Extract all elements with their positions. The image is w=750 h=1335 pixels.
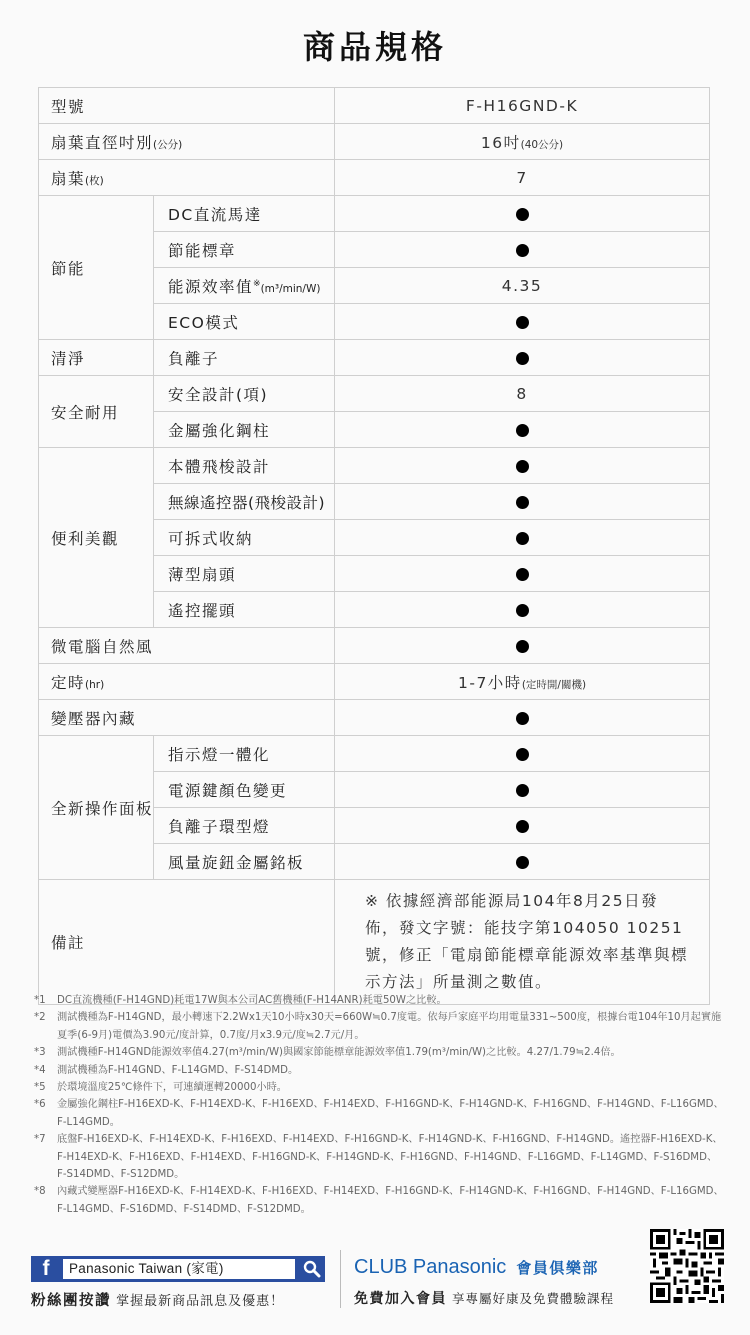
feature-dot xyxy=(335,808,710,844)
table-row: 便利美觀 本體飛梭設計 xyxy=(39,448,710,484)
footnote: *5於環境溫度25℃條件下，可連續運轉20000小時。 xyxy=(34,1079,724,1096)
dot-icon xyxy=(516,820,529,833)
feature-dot xyxy=(335,304,710,340)
row-label: 可拆式收納 xyxy=(154,520,335,556)
table-row: 扇葉(枚) 7 xyxy=(39,160,710,196)
safety-count-value: 8 xyxy=(335,376,710,412)
row-label: 負離子 xyxy=(154,340,335,376)
facebook-icon[interactable]: f xyxy=(31,1256,61,1282)
feature-dot xyxy=(335,736,710,772)
feature-dot xyxy=(335,556,710,592)
table-row: 微電腦自然風 xyxy=(39,628,710,664)
page-title: 商品規格 xyxy=(0,22,750,68)
group-label-clean: 清淨 xyxy=(39,340,154,376)
feature-dot xyxy=(335,412,710,448)
table-row: 型號 F-H16GND-K xyxy=(39,88,710,124)
row-label: 無線遙控器(飛梭設計) xyxy=(154,484,335,520)
row-label: ECO模式 xyxy=(154,304,335,340)
row-label: 微電腦自然風 xyxy=(39,628,335,664)
facebook-search-field[interactable]: Panasonic Taiwan (家電) xyxy=(63,1259,295,1279)
table-row: 清淨 負離子 xyxy=(39,340,710,376)
dot-icon xyxy=(516,712,529,725)
dot-icon xyxy=(516,748,529,761)
club-panasonic-promo: CLUB Panasonic會員俱樂部 免費加入會員 享專屬好康及免費體驗課程 xyxy=(354,1256,614,1308)
feature-dot xyxy=(335,628,710,664)
row-label: 電源鍵顏色變更 xyxy=(154,772,335,808)
row-label: 扇葉(枚) xyxy=(39,160,335,196)
dot-icon xyxy=(516,532,529,545)
facebook-search-bar[interactable]: f Panasonic Taiwan (家電) xyxy=(31,1256,325,1282)
search-icon[interactable] xyxy=(299,1256,325,1282)
dot-icon xyxy=(516,316,529,329)
group-label-safety: 安全耐用 xyxy=(39,376,154,448)
row-label: 遙控擺頭 xyxy=(154,592,335,628)
footnote: *8內藏式變壓器F-H16EXD-K、F-H14EXD-K、F-H16EXD、F… xyxy=(34,1183,724,1218)
feature-dot xyxy=(335,844,710,880)
footnote: *6金屬強化鋼柱F-H16EXD-K、F-H14EXD-K、F-H16EXD、F… xyxy=(34,1096,724,1131)
qr-code-icon[interactable] xyxy=(650,1229,724,1303)
feature-dot xyxy=(335,196,710,232)
row-label: 型號 xyxy=(39,88,335,124)
feature-dot xyxy=(335,592,710,628)
row-label: 風量旋鈕金屬銘板 xyxy=(154,844,335,880)
dot-icon xyxy=(516,604,529,617)
dot-icon xyxy=(516,640,529,653)
feature-dot xyxy=(335,772,710,808)
group-label-energy: 節能 xyxy=(39,196,154,340)
table-row: 扇葉直徑吋別(公分) 16吋(40公分) xyxy=(39,124,710,160)
table-row: 變壓器內藏 xyxy=(39,700,710,736)
divider xyxy=(340,1250,341,1308)
blade-diameter-value: 16吋(40公分) xyxy=(335,124,710,160)
dot-icon xyxy=(516,784,529,797)
row-label: 節能標章 xyxy=(154,232,335,268)
table-row: 全新操作面板 指示燈一體化 xyxy=(39,736,710,772)
efficiency-value: 4.35 xyxy=(335,268,710,304)
feature-dot xyxy=(335,484,710,520)
dot-icon xyxy=(516,244,529,257)
remarks-text: ※ 依據經濟部能源局104年8月25日發佈，發文字號：能技字第104050 10… xyxy=(335,880,710,1005)
dot-icon xyxy=(516,424,529,437)
remarks-label: 備註 xyxy=(39,880,335,1005)
footnote: *2測試機種為F-H14GND，最小轉速下2.2Wx1天10小時x30天=660… xyxy=(34,1009,724,1044)
footnote: *4測試機種為F-H14GND、F-L14GMD、F-S14DMD。 xyxy=(34,1062,724,1079)
facebook-promo: f Panasonic Taiwan (家電) 粉絲團按讚 掌握最新商品訊息及優… xyxy=(31,1256,325,1310)
dot-icon xyxy=(516,568,529,581)
row-label: 本體飛梭設計 xyxy=(154,448,335,484)
footnote: *1DC直流機種(F-H14GND)耗電17W與本公司AC舊機種(F-H14AN… xyxy=(34,992,724,1009)
dot-icon xyxy=(516,208,529,221)
feature-dot xyxy=(335,520,710,556)
dot-icon xyxy=(516,856,529,869)
row-label: 安全設計(項) xyxy=(154,376,335,412)
footnote: *3測試機種F-H14GND能源效率值4.27(m³/min/W)與國家節能標章… xyxy=(34,1044,724,1061)
group-label-panel: 全新操作面板 xyxy=(39,736,154,880)
table-row: 節能 DC直流馬達 xyxy=(39,196,710,232)
facebook-caption: 粉絲團按讚 掌握最新商品訊息及優惠！ xyxy=(31,1289,325,1310)
dot-icon xyxy=(516,460,529,473)
table-row: 安全耐用 安全設計(項) 8 xyxy=(39,376,710,412)
row-label: 變壓器內藏 xyxy=(39,700,335,736)
spec-table: 型號 F-H16GND-K 扇葉直徑吋別(公分) 16吋(40公分) 扇葉(枚)… xyxy=(38,87,710,1005)
footnote: *7底盤F-H16EXD-K、F-H14EXD-K、F-H16EXD、F-H14… xyxy=(34,1131,724,1183)
dot-icon xyxy=(516,496,529,509)
table-row: 備註 ※ 依據經濟部能源局104年8月25日發佈，發文字號：能技字第104050… xyxy=(39,880,710,1005)
row-label: 薄型扇頭 xyxy=(154,556,335,592)
row-label: 負離子環型燈 xyxy=(154,808,335,844)
row-label: DC直流馬達 xyxy=(154,196,335,232)
feature-dot xyxy=(335,700,710,736)
model-value: F-H16GND-K xyxy=(335,88,710,124)
dot-icon xyxy=(516,352,529,365)
blade-count-value: 7 xyxy=(335,160,710,196)
footnotes: *1DC直流機種(F-H14GND)耗電17W與本公司AC舊機種(F-H14AN… xyxy=(34,992,724,1218)
row-label: 扇葉直徑吋別(公分) xyxy=(39,124,335,160)
club-caption: 免費加入會員 享專屬好康及免費體驗課程 xyxy=(354,1288,614,1308)
row-label: 指示燈一體化 xyxy=(154,736,335,772)
feature-dot xyxy=(335,448,710,484)
group-label-convenience: 便利美觀 xyxy=(39,448,154,628)
table-row: 定時(hr) 1-7小時(定時開/關機) xyxy=(39,664,710,700)
club-title[interactable]: CLUB Panasonic會員俱樂部 xyxy=(354,1256,614,1279)
timer-value: 1-7小時(定時開/關機) xyxy=(335,664,710,700)
row-label: 能源效率值※(m³/min/W) xyxy=(154,268,335,304)
row-label: 金屬強化鋼柱 xyxy=(154,412,335,448)
feature-dot xyxy=(335,232,710,268)
row-label: 定時(hr) xyxy=(39,664,335,700)
feature-dot xyxy=(335,340,710,376)
